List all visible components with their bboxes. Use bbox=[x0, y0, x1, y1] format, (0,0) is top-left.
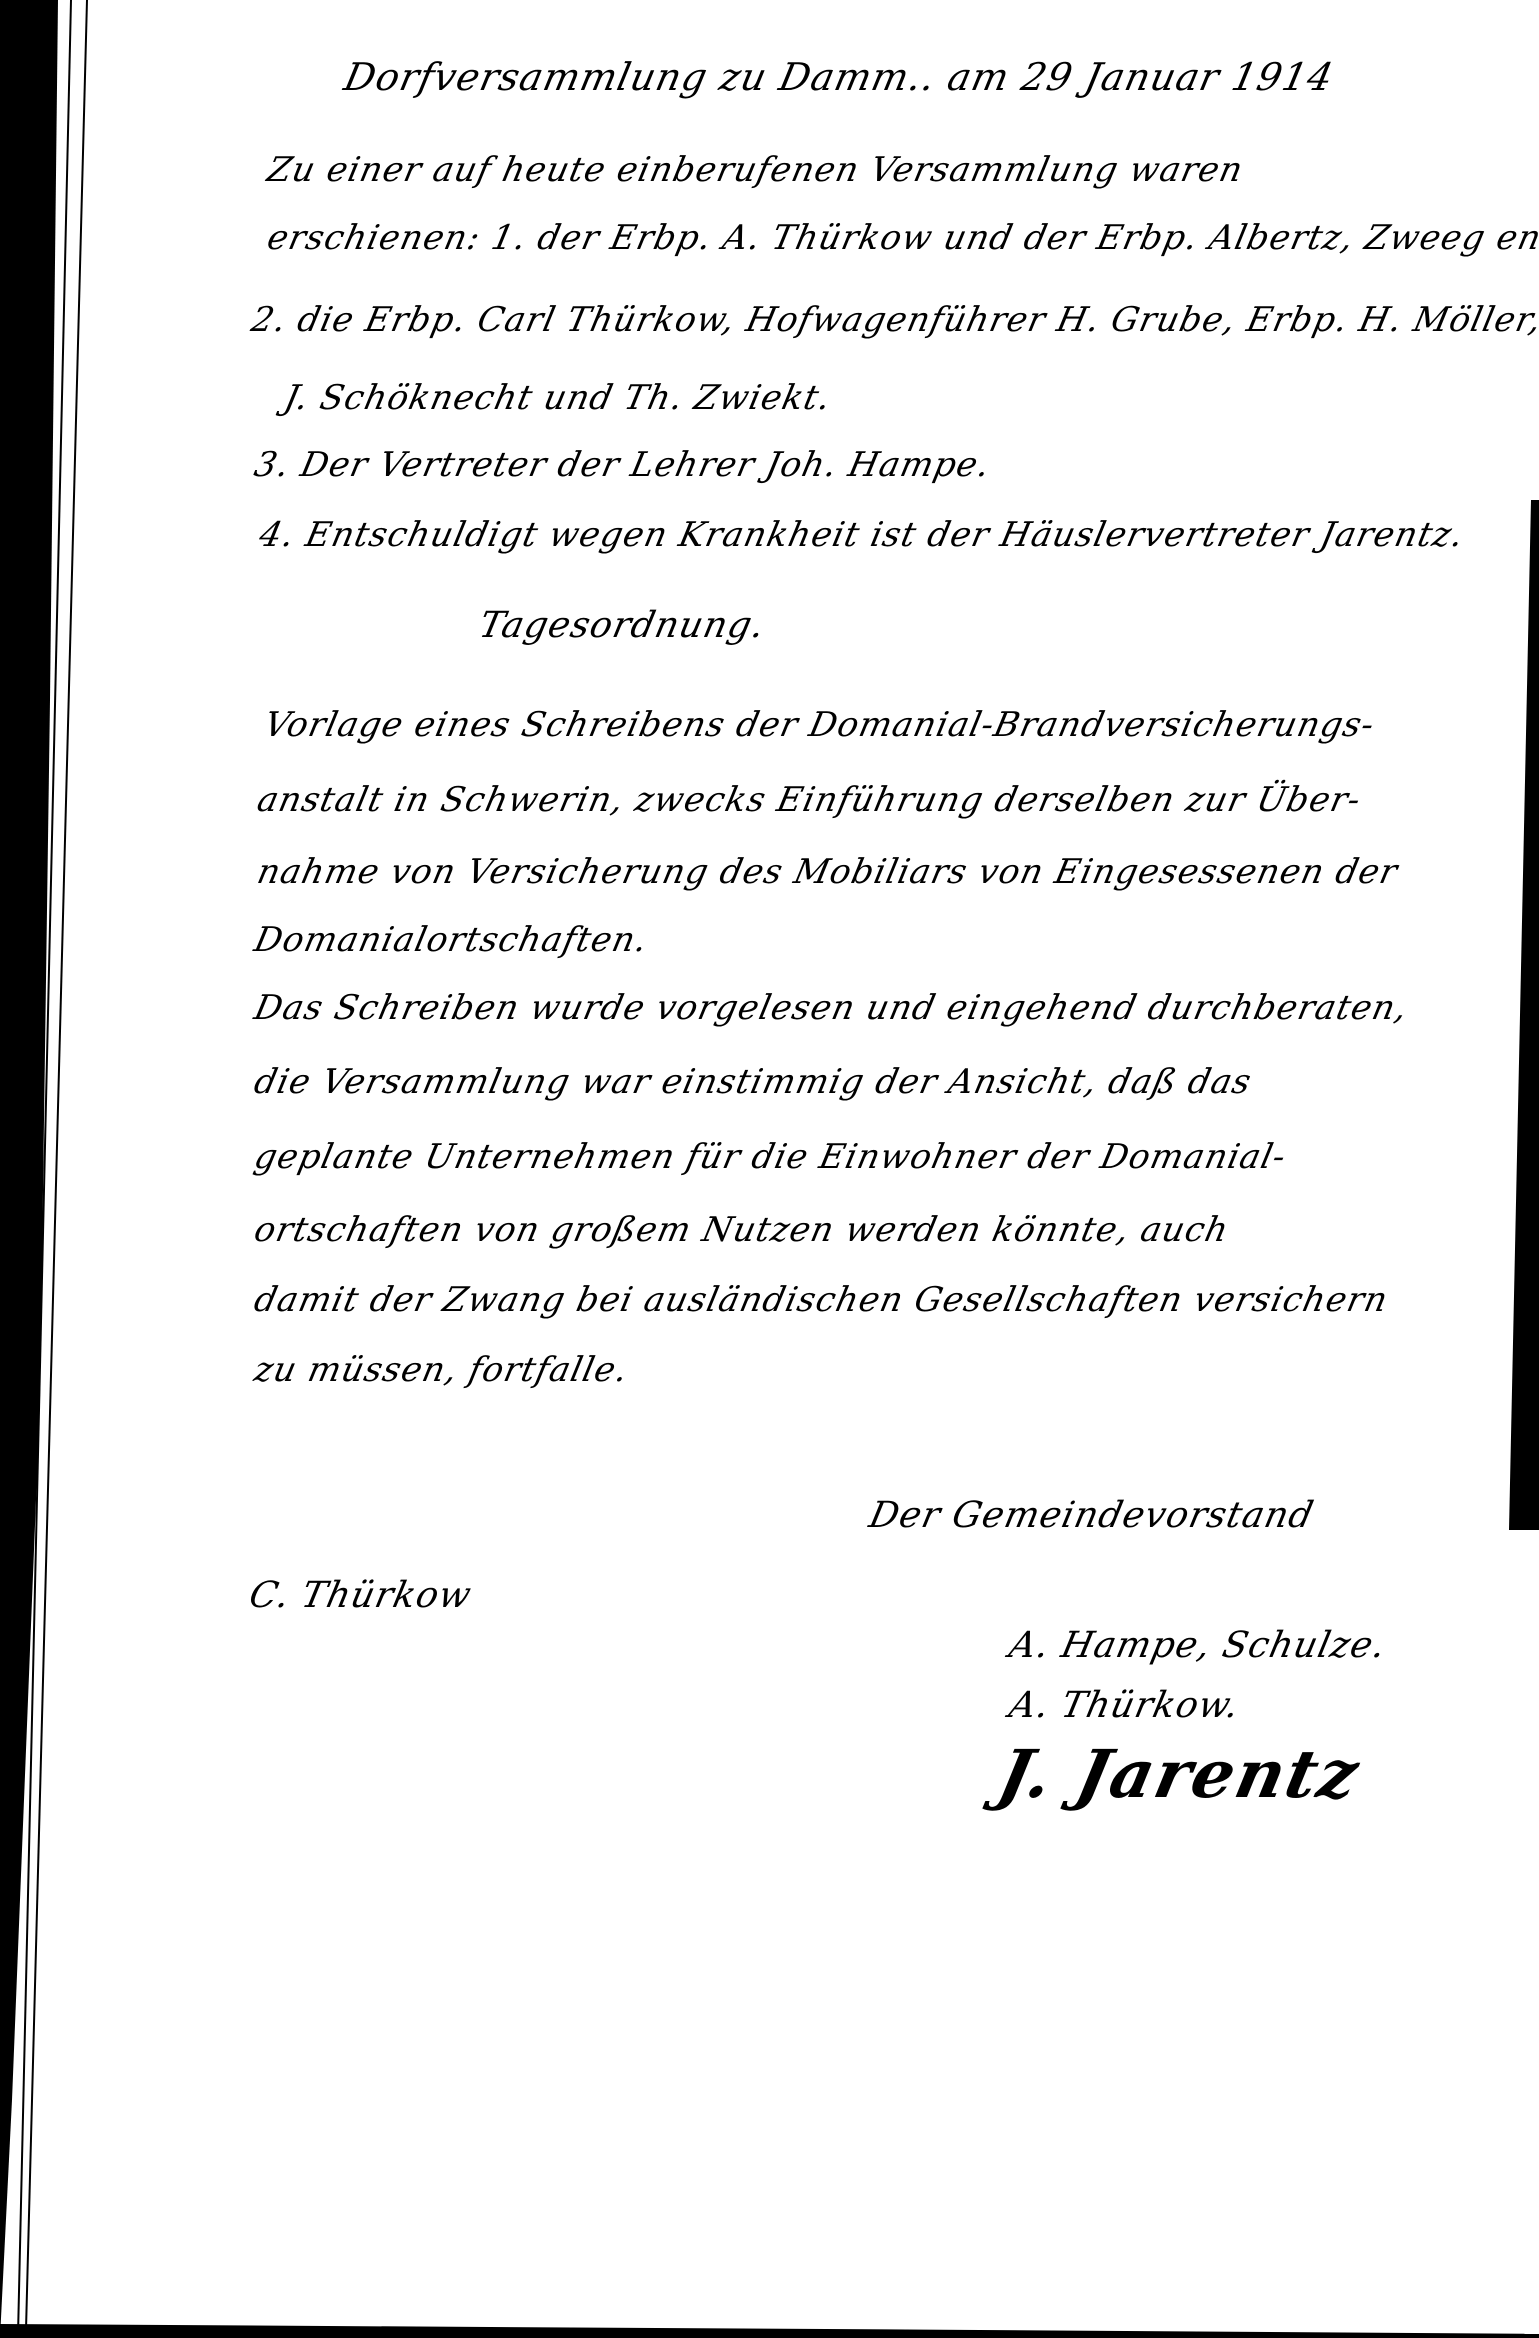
body-line: ortschaften von großem Nutzen werden kön… bbox=[251, 1210, 1233, 1250]
board-label: Der Gemeindevorstand bbox=[866, 1495, 1318, 1536]
intro-line: 4. Entschuldigt wegen Krankheit ist der … bbox=[256, 515, 1468, 555]
document-page: Dorfversammlung zu Damm.. am 29 Januar 1… bbox=[0, 0, 1539, 2338]
document-title: Dorfversammlung zu Damm.. am 29 Januar 1… bbox=[340, 55, 1337, 99]
intro-line: J. Schöknecht und Th. Zwiekt. bbox=[281, 378, 835, 418]
body-line: nahme von Versicherung des Mobiliars von… bbox=[254, 852, 1402, 892]
binding-shadow bbox=[0, 0, 60, 2338]
signature-a-thuerkow: A. Thürkow. bbox=[1006, 1685, 1244, 1726]
body-line: die Versammlung war einstimmig der Ansic… bbox=[251, 1062, 1256, 1102]
body-line: damit der Zwang bei ausländischen Gesell… bbox=[251, 1280, 1392, 1320]
body-line: zu müssen, fortfalle. bbox=[251, 1350, 632, 1390]
body-line: geplante Unternehmen für die Einwohner d… bbox=[251, 1137, 1290, 1177]
intro-line: 2. die Erbp. Carl Thürkow, Hofwagenführe… bbox=[248, 300, 1539, 340]
intro-line: 3. Der Vertreter der Lehrer Joh. Hampe. bbox=[251, 445, 994, 485]
scan-edge-shadow bbox=[1509, 500, 1539, 1530]
intro-line: erschienen: 1. der Erbp. A. Thürkow und … bbox=[264, 218, 1539, 258]
signature-c-thuerkow: C. Thürkow bbox=[246, 1575, 476, 1616]
signature-hampe: A. Hampe, Schulze. bbox=[1006, 1625, 1390, 1666]
body-line: Vorlage eines Schreibens der Domanial-Br… bbox=[261, 705, 1379, 745]
body-line: anstalt in Schwerin, zwecks Einführung d… bbox=[254, 780, 1365, 820]
scan-bottom-shadow bbox=[0, 2324, 1539, 2338]
signature-jarentz: J. Jarentz bbox=[992, 1735, 1367, 1813]
agenda-heading: Tagesordnung. bbox=[476, 605, 769, 646]
body-line: Das Schreiben wurde vorgelesen und einge… bbox=[251, 988, 1412, 1028]
body-line: Domanialortschaften. bbox=[251, 920, 652, 960]
intro-line: Zu einer auf heute einberufenen Versamml… bbox=[264, 150, 1247, 190]
